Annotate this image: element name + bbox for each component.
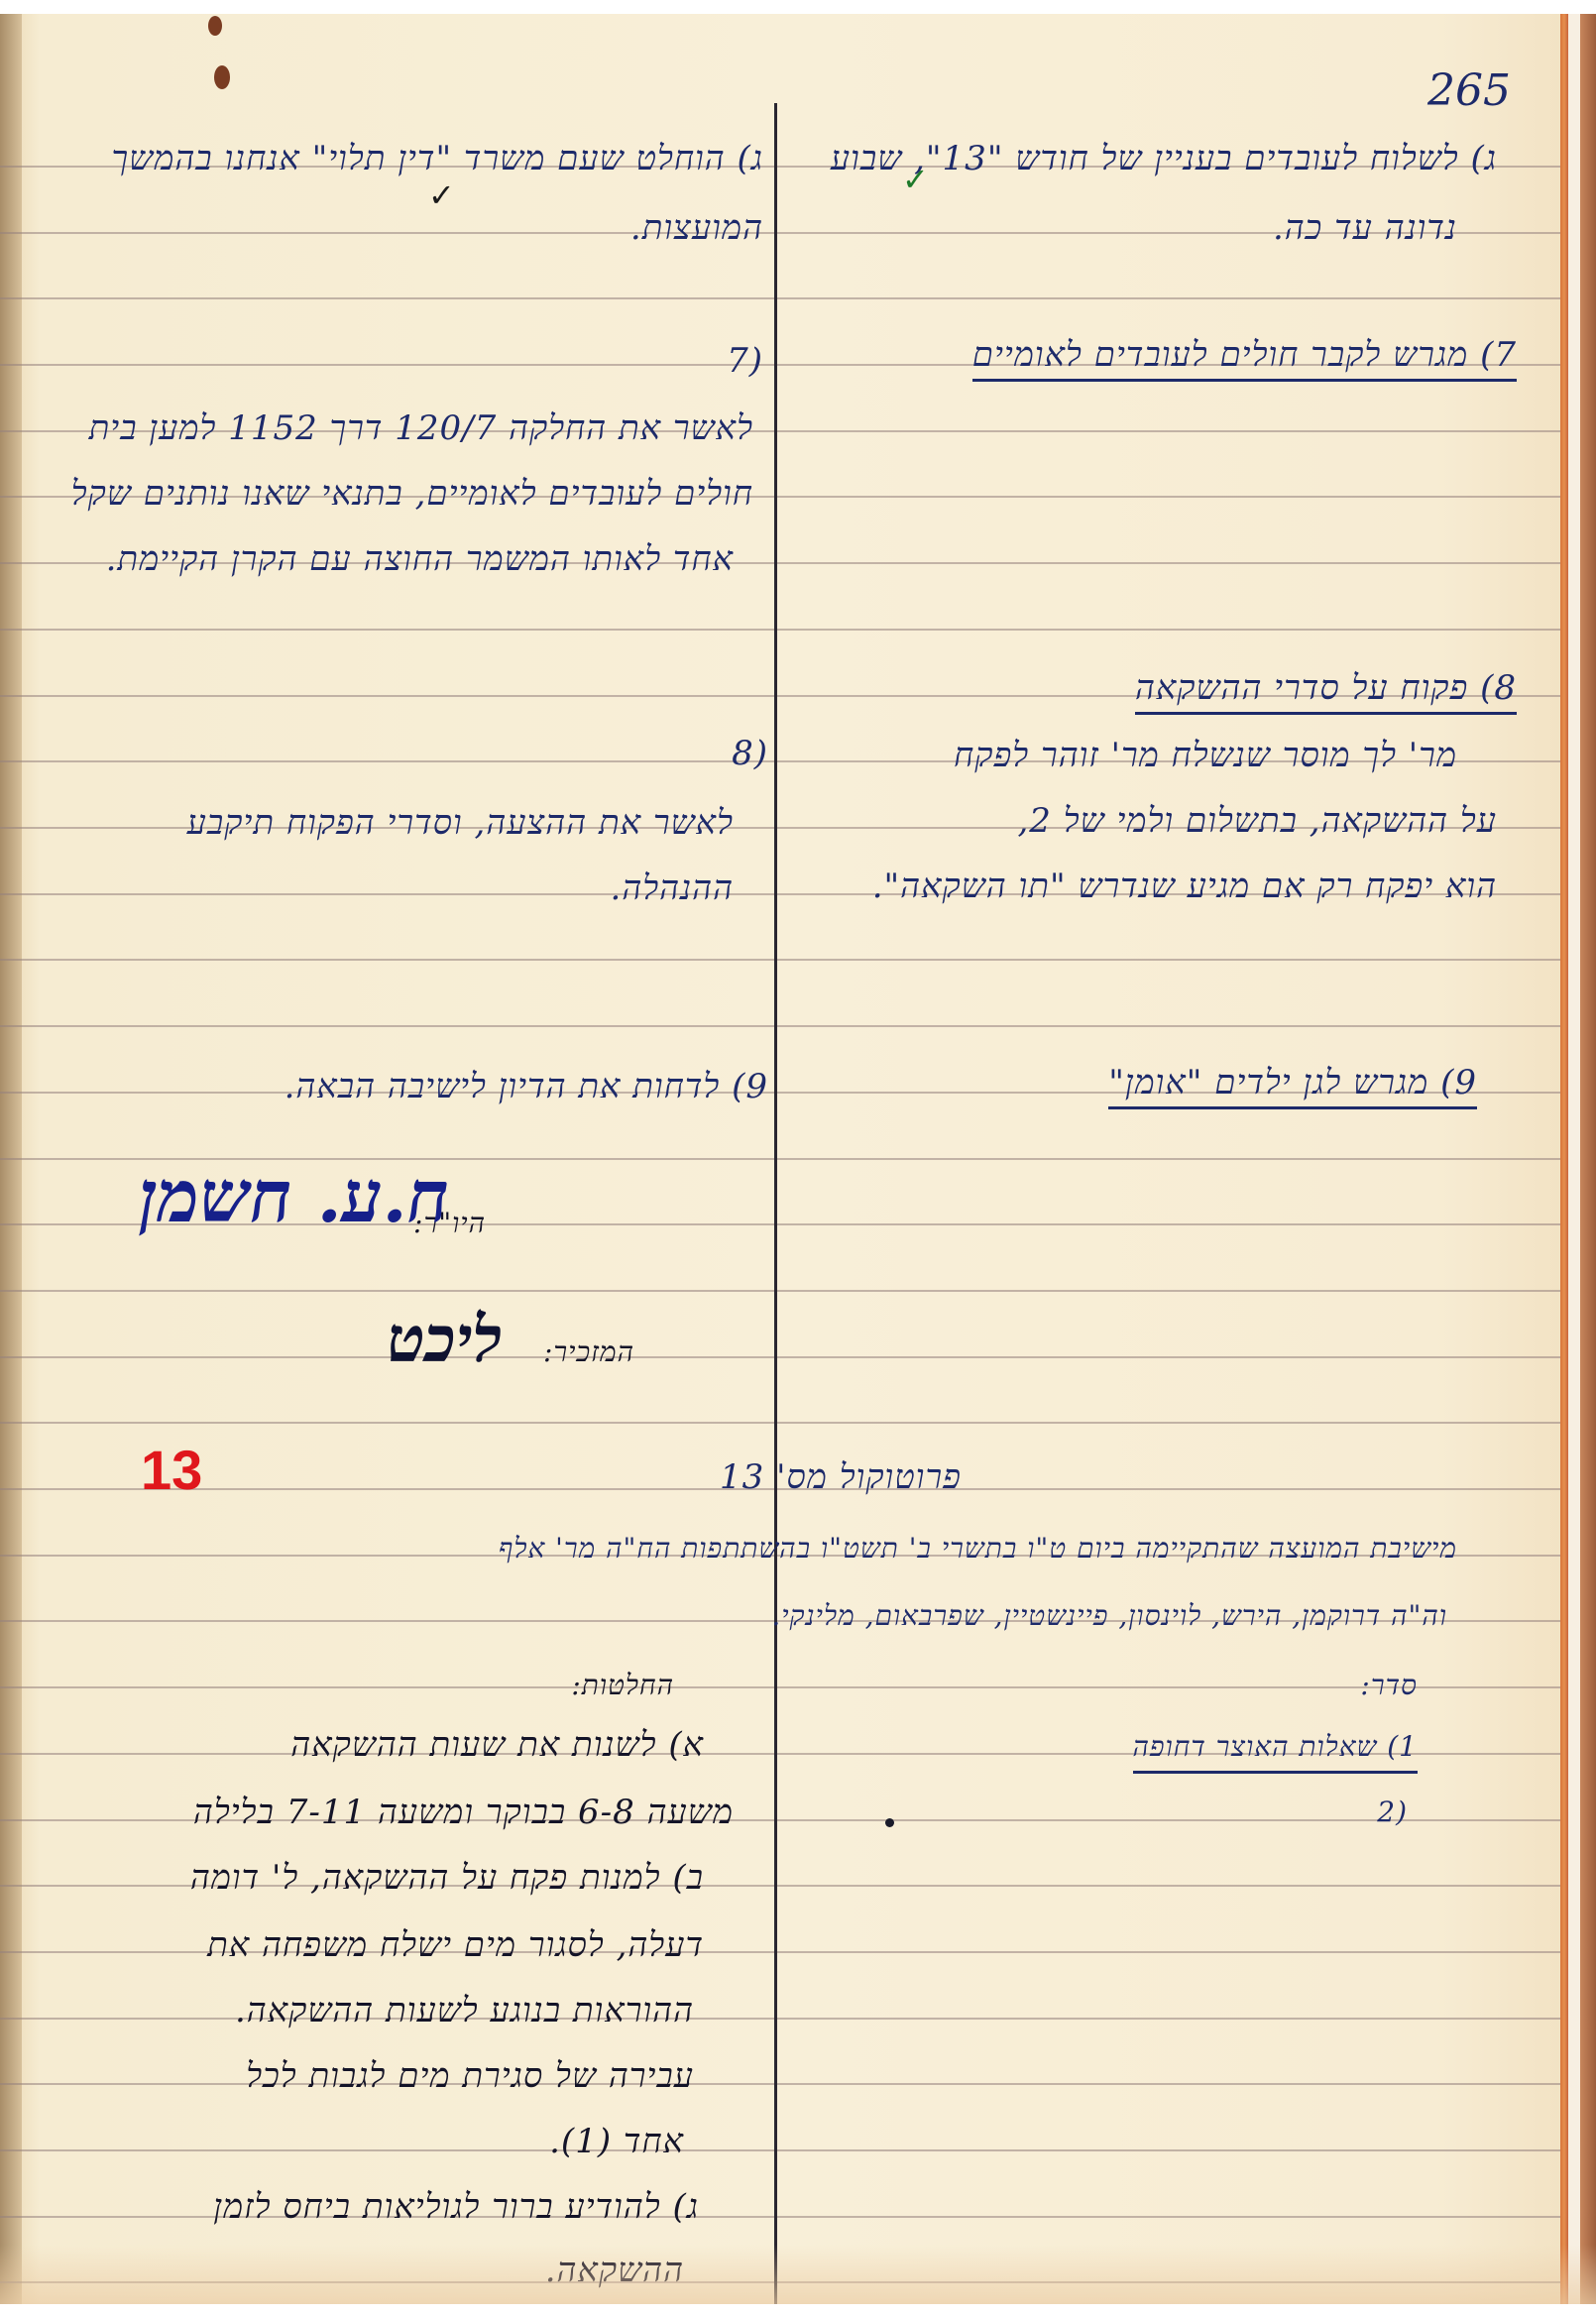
agenda-label: סדר:: [1360, 1666, 1418, 1705]
right-item-3-line-2: נדונה עד כה.: [1273, 208, 1457, 248]
left-item-8-line-1: לאשר את ההצעה, וסדרי הפקוח תיקבע: [187, 803, 734, 843]
check-mark-icon: ✓: [428, 176, 455, 214]
protocol-title: פרוטוקול מס' 13: [720, 1457, 962, 1497]
agenda-item-1: 1) שאלות האוצר דחופה: [1133, 1727, 1418, 1774]
decision-line: משעה 6-8 בבוקר ומשעה 7-11 בלילה: [193, 1793, 734, 1832]
protocol-line-2: וה"ה דרוקמן, הירש, לוינסון, פיינשטיין, ש…: [771, 1596, 1447, 1636]
column-divider: [774, 103, 777, 2304]
book-edge: [1580, 14, 1596, 2304]
decision-line: ג) להודיע ברור לגוליאות ביחס לזמן: [213, 2187, 699, 2227]
right-item-8-line-2: על ההשקאה, בתשלום ולמי של 2,: [1017, 801, 1497, 841]
ruled-line: [0, 1686, 1561, 1688]
left-item-8-marker: 8): [732, 734, 768, 773]
left-item-3-line-2: המועצות.: [630, 208, 763, 248]
left-item-7-line-2: חולים לעובדים לאומיים, בתנאי שאנו נותנים…: [71, 474, 753, 514]
ruled-line: [0, 629, 1561, 631]
check-mark-icon: ✓: [902, 161, 929, 198]
secretary-label: המזכיר:: [543, 1332, 634, 1372]
right-item-9-heading: 9) מגרש לגן ילדים "אומן": [1108, 1063, 1477, 1109]
secretary-signature: ליכט: [387, 1303, 503, 1377]
right-item-8-line-3: הוא יפקח רק אם מגיע שנדרש "תו השקאה".: [872, 867, 1497, 906]
ruled-line: [0, 2083, 1561, 2085]
page-number: 265: [1427, 65, 1511, 116]
ruled-line: [0, 1290, 1561, 1292]
decision-line: ב) למנות פקח על ההשקאה, ל' דומה: [190, 1858, 704, 1898]
ruled-line: [0, 297, 1561, 299]
right-item-8-heading: 8) פקוח על סדרי ההשקאה: [1135, 668, 1517, 715]
chair-signature: ח.ע. חשמן: [139, 1154, 449, 1239]
ruled-line: [0, 1025, 1561, 1027]
decision-line: עבירה של סגירת מים לגבות לכל: [246, 2056, 694, 2096]
decision-line: ההוראות בנוגע לשעות ההשקאה.: [235, 1991, 694, 2030]
side-label: 13: [141, 1438, 202, 1502]
left-item-7-line-3: אחד לאותו המשמר החוצה עם הקרן הקיימת.: [106, 539, 734, 579]
decision-line: ההשקאה.: [545, 2251, 684, 2290]
decision-line: אחד (1).: [549, 2122, 684, 2161]
decisions-label: החלטות:: [571, 1666, 674, 1705]
ruled-line: [0, 1356, 1561, 1358]
notebook-page: 265 ג) לשלוח לעובדים בעניין של חודש "13"…: [0, 14, 1596, 2304]
ruled-line: [0, 2149, 1561, 2151]
protocol-line-1: מישיבת המועצה שהתקיימה ביום ט"ו בתשרי ב'…: [499, 1529, 1457, 1568]
ink-stain: [214, 65, 230, 89]
right-item-7-heading: 7) מגרש לקבר חולים לעובדים לאומיים: [972, 335, 1517, 382]
ink-dot: [885, 1818, 894, 1827]
page-edge: [1568, 14, 1580, 2304]
right-item-3-line-1: ג) לשלוח לעובדים בעניין של חודש "13", שב…: [831, 139, 1497, 178]
left-item-7-marker: 7): [727, 341, 763, 381]
ruled-line: [0, 2281, 1561, 2283]
right-margin-edge: [1560, 14, 1568, 2304]
decision-line: א) לשנות את שעות ההשקאה: [290, 1725, 704, 1765]
decision-line: דעלה, לסגור מים ישלח משפחה את: [207, 1925, 704, 1965]
left-item-8-line-2: ההנהלה.: [611, 869, 734, 908]
agenda-item-2: 2): [1377, 1793, 1408, 1832]
right-item-8-line-1: מר' לך מוסר שנשלח מר' זוהר לפקח: [954, 736, 1457, 775]
left-item-7-line-1: לאשר את החלקה 120/7 דרך 1152 למען בית: [89, 408, 753, 448]
ruled-line: [0, 959, 1561, 961]
ink-stain: [208, 16, 222, 36]
ruled-line: [0, 1422, 1561, 1424]
left-item-3-line-1: ג) הוחלט שעם משרד "דין תלוי" אנחנו בהמשך: [111, 139, 763, 178]
left-item-9-line-1: 9) לדחות את הדיון לישיבה הבאה.: [285, 1067, 768, 1106]
